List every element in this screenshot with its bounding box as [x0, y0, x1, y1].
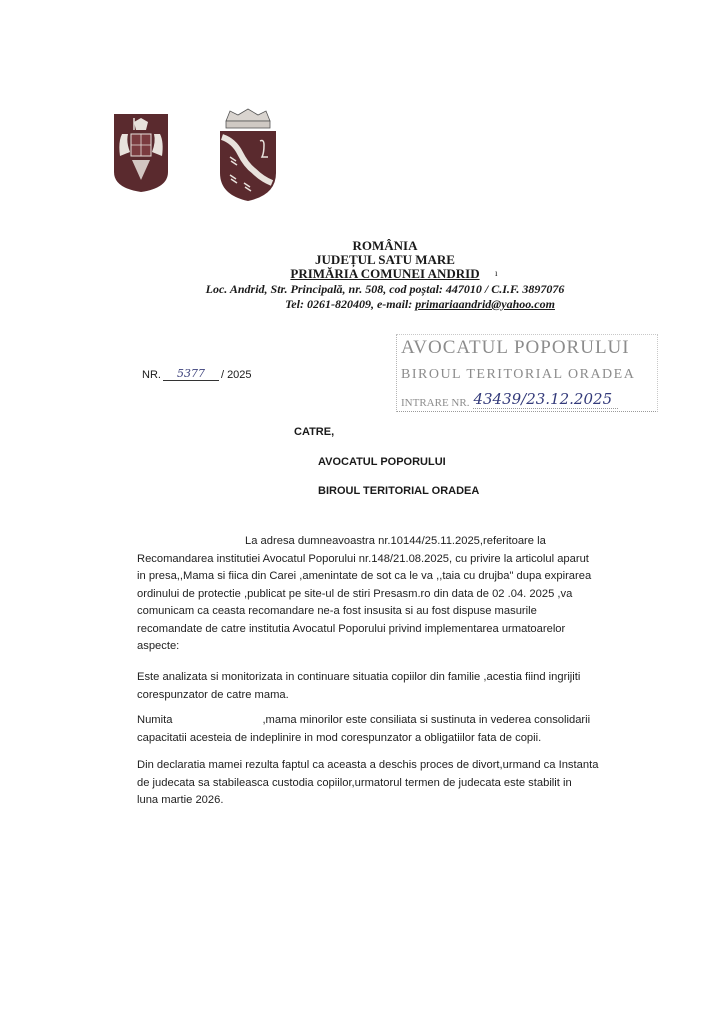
stamp-institution: AVOCATUL POPORULUI: [401, 337, 630, 359]
paragraph-line: Este analizata si monitorizata in contin…: [137, 669, 677, 687]
paragraph-line: corespunzator de catre mama.: [137, 687, 677, 705]
stamp-entry-handwritten: 43439/23.12.2025: [473, 390, 618, 409]
paragraph-line: ordinului de protectie ,publicat pe site…: [137, 586, 677, 604]
body-paragraph-3: Numita,mama minorilor este consiliata si…: [137, 712, 677, 747]
stamp-entry: INTRARE NR. 43439/23.12.2025: [401, 390, 618, 409]
paragraph-line: luna martie 2026.: [137, 792, 677, 810]
registration-number: NR. 5377 / 2025: [142, 367, 252, 381]
andrid-coat-of-arms-icon: [216, 107, 280, 203]
body-paragraph-4: Din declaratia mamei rezulta faptul ca a…: [137, 757, 677, 810]
body-paragraph-1: La adresa dumneavoastra nr.10144/25.11.2…: [137, 533, 677, 656]
recipient-institution: AVOCATUL POPORULUI: [318, 456, 446, 468]
paragraph-line: comunicam ca ceasta recomandare ne-a fos…: [137, 603, 677, 621]
stamp-entry-label: INTRARE NR.: [401, 397, 469, 409]
letterhead-contact: Tel: 0261-820409, e-mail: primariaandrid…: [185, 297, 655, 312]
stray-mark: ı: [495, 268, 498, 278]
letterhead-address: Loc. Andrid, Str. Principală, nr. 508, c…: [150, 282, 620, 297]
romania-coat-of-arms-icon: [112, 112, 170, 194]
registration-prefix: NR.: [142, 369, 161, 381]
contact-phone: Tel: 0261-820409, e-mail:: [285, 297, 415, 311]
paragraph-line: capacitatii acesteia de indeplinire in m…: [137, 730, 677, 748]
paragraph-line: aspecte:: [137, 638, 677, 656]
contact-email-link[interactable]: primariaandrid@yahoo.com: [415, 297, 555, 311]
paragraph-line: recomandate de catre institutia Avocatul…: [137, 621, 677, 639]
recipient-office: BIROUL TERITORIAL ORADEA: [318, 485, 479, 497]
paragraph-line: Recomandarea institutiei Avocatul Poporu…: [137, 551, 677, 569]
paragraph-line: de judecata sa stabileasca custodia copi…: [137, 775, 677, 793]
paragraph-line: in presa,,Mama si fiica din Carei ,ameni…: [137, 568, 677, 586]
receipt-stamp: AVOCATUL POPORULUI BIROUL TERITORIAL ORA…: [396, 334, 658, 412]
registration-handwritten-number: 5377: [163, 367, 219, 381]
paragraph-line: ,mama minorilor este consiliata si susti…: [262, 714, 590, 726]
paragraph-line: Din declaratia mamei rezulta faptul ca a…: [137, 757, 677, 775]
recipient-to: CATRE,: [294, 426, 334, 438]
body-paragraph-2: Este analizata si monitorizata in contin…: [137, 669, 677, 704]
registration-year: / 2025: [221, 369, 252, 381]
paragraph-line: La adresa dumneavoastra nr.10144/25.11.2…: [137, 533, 677, 551]
stamp-office: BIROUL TERITORIAL ORADEA: [401, 367, 635, 383]
paragraph-line-start: Numita: [137, 714, 172, 726]
letterhead-office: PRIMĂRIA COMUNEI ANDRID: [150, 266, 620, 282]
